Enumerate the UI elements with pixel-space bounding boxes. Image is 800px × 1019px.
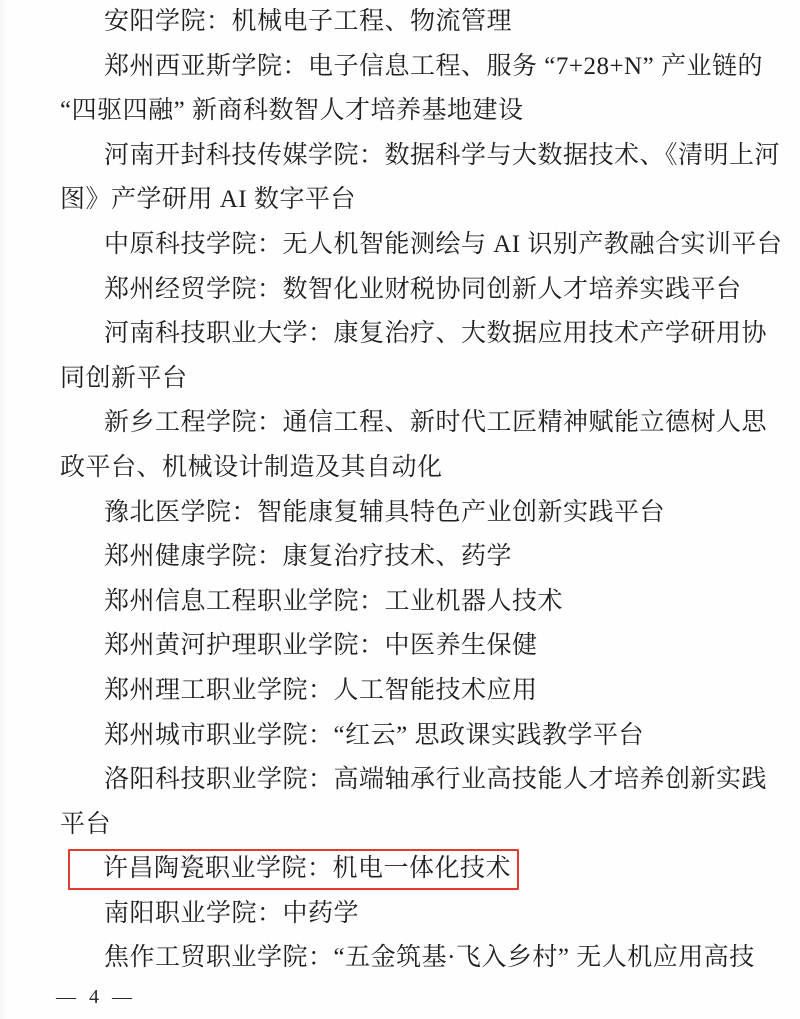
document-line: 洛阳科技职业学院：高端轴承行业高技能人才培养创新实践	[60, 758, 760, 803]
document-line: 郑州理工职业学院：人工智能技术应用	[60, 669, 760, 714]
document-line: 南阳职业学院：中药学	[60, 892, 760, 937]
page-number: — 4 —	[56, 986, 136, 1009]
document-line: 政平台、机械设计制造及其自动化	[60, 446, 760, 491]
document-line: 图》产学研用 AI 数字平台	[60, 178, 760, 223]
document-page: 安阳学院：机械电子工程、物流管理郑州西亚斯学院：电子信息工程、服务 “7+28+…	[0, 0, 800, 1019]
document-line: 河南开封科技传媒学院：数据科学与大数据技术、《清明上河	[60, 134, 760, 179]
document-line: 中原科技学院：无人机智能测绘与 AI 识别产教融合实训平台	[60, 223, 760, 268]
document-line: 郑州健康学院：康复治疗技术、药学	[60, 535, 760, 580]
document-line-highlighted: 许昌陶瓷职业学院：机电一体化技术	[60, 847, 760, 892]
document-body: 安阳学院：机械电子工程、物流管理郑州西亚斯学院：电子信息工程、服务 “7+28+…	[60, 0, 760, 981]
document-line: “四驱四融” 新商科数智人才培养基地建设	[60, 89, 760, 134]
document-line: 郑州黄河护理职业学院：中医养生保健	[60, 624, 760, 669]
document-line: 郑州经贸学院：数智化业财税协同创新人才培养实践平台	[60, 268, 760, 313]
document-line: 郑州西亚斯学院：电子信息工程、服务 “7+28+N” 产业链的	[60, 45, 760, 90]
document-line: 新乡工程学院：通信工程、新时代工匠精神赋能立德树人思	[60, 401, 760, 446]
document-line: 安阳学院：机械电子工程、物流管理	[60, 0, 760, 45]
highlight-box: 许昌陶瓷职业学院：机电一体化技术	[68, 849, 519, 890]
document-line: 焦作工贸职业学院：“五金筑基·飞入乡村” 无人机应用高技	[60, 936, 760, 981]
document-line: 同创新平台	[60, 357, 760, 402]
document-line: 平台	[60, 803, 760, 848]
document-line: 郑州城市职业学院：“红云” 思政课实践教学平台	[60, 714, 760, 759]
document-line: 豫北医学院：智能康复辅具特色产业创新实践平台	[60, 491, 760, 536]
document-line: 郑州信息工程职业学院：工业机器人技术	[60, 580, 760, 625]
document-line: 河南科技职业大学：康复治疗、大数据应用技术产学研用协	[60, 312, 760, 357]
